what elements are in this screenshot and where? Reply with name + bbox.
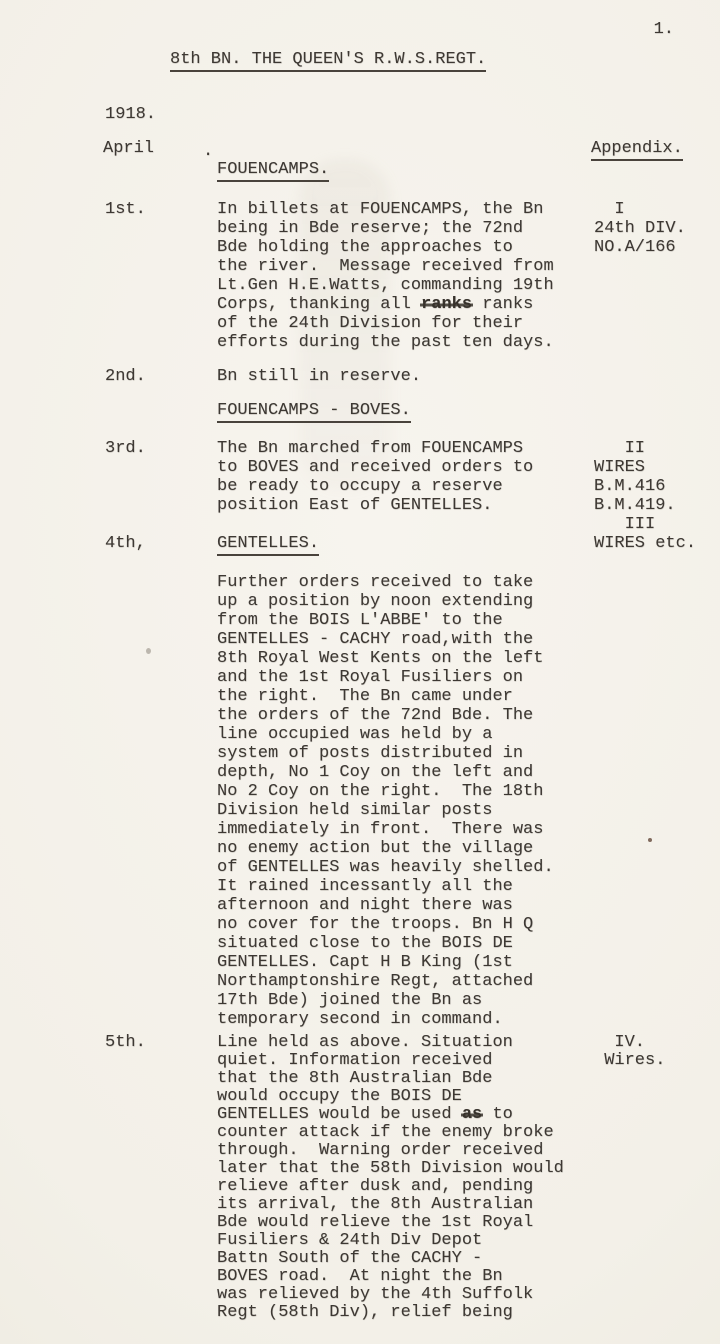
- document-title: 8th BN. THE QUEEN'S R.W.S.REGT.: [170, 50, 486, 72]
- text-line: was relieved by the 4th Suffolk: [217, 1286, 579, 1304]
- text-line: Bn still in reserve.: [217, 367, 579, 386]
- entry-body: Line held as above. Situationquiet. Info…: [217, 1034, 579, 1322]
- entry-margin-notes: I24th DIV.NO.A/166: [579, 200, 720, 257]
- text-line: to BOVES and received orders to: [217, 458, 579, 477]
- text-line: that the 8th Australian Bde: [217, 1070, 579, 1088]
- text-line: Bde would relieve the 1st Royal: [217, 1214, 579, 1232]
- text-line: Division held similar posts: [217, 801, 579, 820]
- diary-entry-5th: 5th. Line held as above. Situationquiet.…: [0, 1034, 720, 1322]
- page-number: 1.: [654, 20, 674, 39]
- text-line: immediately in front. There was: [217, 820, 579, 839]
- month-label: April: [103, 139, 154, 158]
- entry-body: In billets at FOUENCAMPS, the Bnbeing in…: [217, 200, 579, 352]
- text-line: from the BOIS L'ABBE' to the: [217, 611, 579, 630]
- text-line: situated close to the BOIS DE: [217, 934, 579, 953]
- text-line: position East of GENTELLES.: [217, 496, 579, 515]
- struck-word: ranks: [421, 295, 472, 314]
- entry-body: The Bn marched from FOUENCAMPSto BOVES a…: [217, 439, 579, 515]
- margin-line: B.M.419.: [594, 496, 720, 515]
- text-line: 8th Royal West Kents on the left: [217, 649, 579, 668]
- diary-entry-2nd: 2nd. Bn still in reserve.: [0, 367, 720, 386]
- entry-paragraph: Further orders received to takeup a posi…: [217, 573, 579, 1029]
- text-line: the orders of the 72nd Bde. The: [217, 706, 579, 725]
- text-line: Line held as above. Situation: [217, 1034, 579, 1052]
- entry-date: 4th,: [105, 534, 217, 553]
- text-line: afternoon and night there was: [217, 896, 579, 915]
- diary-entry-3rd: 3rd. The Bn marched from FOUENCAMPSto BO…: [0, 439, 720, 534]
- entry-date: 5th.: [105, 1034, 217, 1052]
- text-line: Further orders received to take: [217, 573, 579, 592]
- text-line: Bde holding the approaches to: [217, 238, 579, 257]
- text-line: The Bn marched from FOUENCAMPS: [217, 439, 579, 458]
- text-line: later that the 58th Division would: [217, 1160, 579, 1178]
- margin-line: WIRES etc.: [594, 534, 720, 553]
- text-line: being in Bde reserve; the 72nd: [217, 219, 579, 238]
- entry-date: 1st.: [105, 200, 217, 219]
- year-label: 1918.: [105, 105, 156, 124]
- entry-margin-notes: IV. Wires.: [579, 1034, 720, 1070]
- text-line: Battn South of the CACHY -: [217, 1250, 579, 1268]
- text-line: In billets at FOUENCAMPS, the Bn: [217, 200, 579, 219]
- text-line: Lt.Gen H.E.Watts, commanding 19th: [217, 276, 579, 295]
- ink-speck: [648, 838, 652, 842]
- margin-line: II: [594, 439, 720, 458]
- section-heading-fouencamps-boves: FOUENCAMPS - BOVES.: [0, 401, 720, 423]
- text-line: temporary second in command.: [217, 1010, 579, 1029]
- month-row: April . Appendix.: [0, 139, 720, 161]
- struck-word: as: [462, 1105, 482, 1124]
- margin-line: WIRES: [594, 458, 720, 477]
- text-line: be ready to occupy a reserve: [217, 477, 579, 496]
- text-line: It rained incessantly all the: [217, 877, 579, 896]
- margin-line: 24th DIV.: [594, 219, 720, 238]
- war-diary-page: 1. 8th BN. THE QUEEN'S R.W.S.REGT. 1918.…: [0, 0, 720, 1344]
- text-line: 17th Bde) joined the Bn as: [217, 991, 579, 1010]
- pencil-mark: [146, 648, 151, 654]
- entry-heading-gentelles: GENTELLES.: [217, 534, 579, 556]
- text-line: the river. Message received from: [217, 257, 579, 276]
- text-line: and the 1st Royal Fusiliers on: [217, 668, 579, 687]
- text-line: through. Warning order received: [217, 1142, 579, 1160]
- text-line: relieve after dusk and, pending: [217, 1178, 579, 1196]
- text-line: counter attack if the enemy broke: [217, 1124, 579, 1142]
- diary-entry-4th: 4th, GENTELLES. Further orders received …: [0, 534, 720, 1029]
- diary-entry-1st: 1st. In billets at FOUENCAMPS, the Bnbei…: [0, 200, 720, 352]
- text-line: BOVES road. At night the Bn: [217, 1268, 579, 1286]
- stray-ink-dot: .: [203, 142, 213, 161]
- margin-line: B.M.416: [594, 477, 720, 496]
- entry-margin-notes: IIWIRESB.M.416B.M.419. III: [579, 439, 720, 534]
- margin-line: III: [594, 515, 720, 534]
- margin-line: IV.: [594, 1034, 720, 1052]
- document-title-wrap: 8th BN. THE QUEEN'S R.W.S.REGT.: [170, 50, 486, 72]
- text-line: quiet. Information received: [217, 1052, 579, 1070]
- entry-body: Bn still in reserve.: [217, 367, 579, 386]
- text-line: would occupy the BOIS DE: [217, 1088, 579, 1106]
- diary-body: FOUENCAMPS. 1st. In billets at FOUENCAMP…: [0, 160, 720, 1322]
- section-heading-fouencamps: FOUENCAMPS.: [0, 160, 720, 182]
- text-line: GENTELLES. Capt H B King (1st: [217, 953, 579, 972]
- margin-line: Wires.: [594, 1052, 720, 1070]
- entry-date: 3rd.: [105, 439, 217, 458]
- entry-body: GENTELLES. Further orders received to ta…: [217, 534, 579, 1029]
- entry-date: 2nd.: [105, 367, 217, 386]
- entry-margin-notes: WIRES etc.: [579, 534, 720, 553]
- text-line: no cover for the troops. Bn H Q: [217, 915, 579, 934]
- text-line: line occupied was held by a: [217, 725, 579, 744]
- text-line: no enemy action but the village: [217, 839, 579, 858]
- text-line: the right. The Bn came under: [217, 687, 579, 706]
- text-line: GENTELLES would be used as to: [217, 1106, 579, 1124]
- margin-line: I: [594, 200, 720, 219]
- text-line: Corps, thanking all ranks ranks: [217, 295, 579, 314]
- text-line: its arrival, the 8th Australian: [217, 1196, 579, 1214]
- appendix-column-header: Appendix.: [591, 139, 683, 161]
- margin-line: NO.A/166: [594, 238, 720, 257]
- text-line: No 2 Coy on the right. The 18th: [217, 782, 579, 801]
- text-line: depth, No 1 Coy on the left and: [217, 763, 579, 782]
- appendix-label: Appendix.: [591, 139, 683, 161]
- text-line: system of posts distributed in: [217, 744, 579, 763]
- text-line: of the 24th Division for their: [217, 314, 579, 333]
- text-line: Northamptonshire Regt, attached: [217, 972, 579, 991]
- text-line: Fusiliers & 24th Div Depot: [217, 1232, 579, 1250]
- text-line: GENTELLES - CACHY road,with the: [217, 630, 579, 649]
- text-line: efforts during the past ten days.: [217, 333, 579, 352]
- text-line: Regt (58th Div), relief being: [217, 1304, 579, 1322]
- text-line: up a position by noon extending: [217, 592, 579, 611]
- text-line: of GENTELLES was heavily shelled.: [217, 858, 579, 877]
